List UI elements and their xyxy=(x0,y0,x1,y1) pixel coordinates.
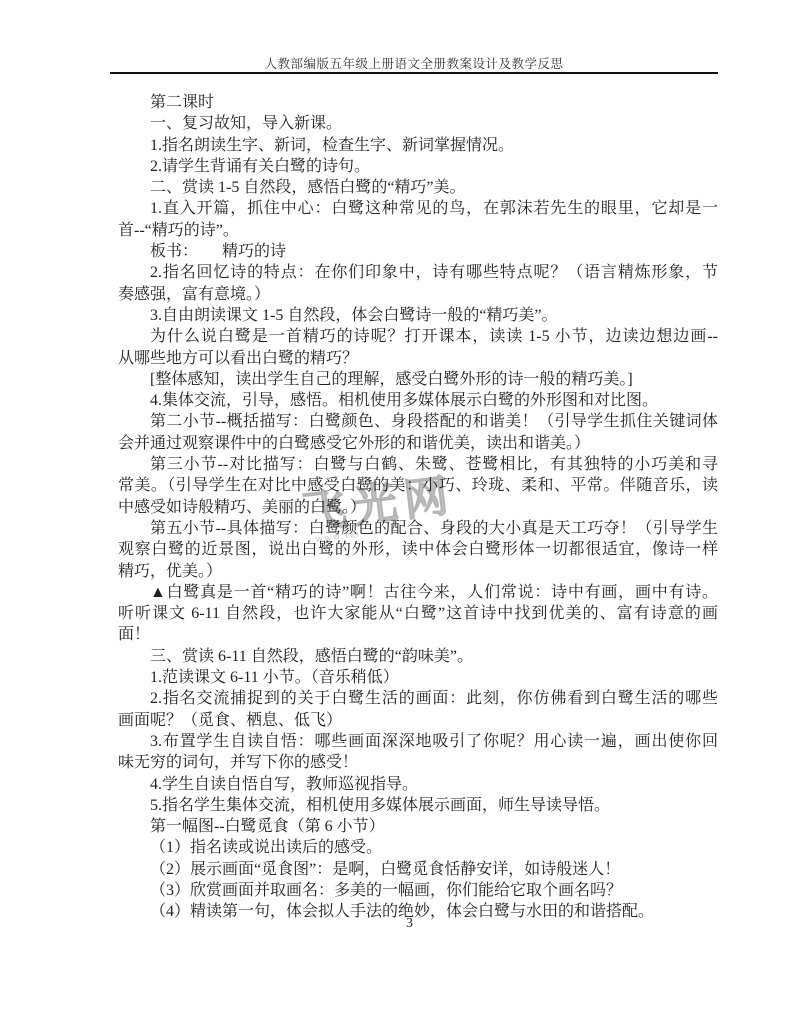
document-page: 人教部编版五年级上册语文全册教案设计及教学反思 飞光网 www.fei 第二课时… xyxy=(0,0,793,1020)
text-line: （2）展示画面“觅食图”：是啊，白鹭觅食恬静安详，如诗般迷人！ xyxy=(118,859,718,880)
text-line: 2.指名交流捕捉到的关于白鹭生活的画面：此刻，你仿佛看到白鹭生活的哪些 xyxy=(118,688,718,709)
text-line: 二、赏读 1-5 自然段，感悟白鹭的“精巧”美。 xyxy=(118,177,718,198)
text-line: 一、复习故知，导入新课。 xyxy=(118,113,718,134)
text-line: 听听课文 6-11 自然段，也许大家能从“白鹭”这首诗中找到优美的、富有诗意的画 xyxy=(118,603,718,624)
page-header: 人教部编版五年级上册语文全册教案设计及教学反思 xyxy=(110,54,718,72)
text-line: 精巧，优美。） xyxy=(118,561,718,582)
text-line: 5.指名学生集体交流，相机使用多媒体展示画面，师生导读导悟。 xyxy=(118,795,718,816)
text-line: （1）指名读或说出读后的感受。 xyxy=(118,837,718,858)
text-line: 面！ xyxy=(118,624,718,645)
text-line: 4.集体交流，引导，感悟。相机使用多媒体展示白鹭的外形图和对比图。 xyxy=(118,390,718,411)
header-divider xyxy=(110,72,718,74)
text-line: 三、赏读 6-11 自然段，感悟白鹭的“韵味美”。 xyxy=(118,646,718,667)
text-line: 观察白鹭的近景图，说出白鹭的外形，读中体会白鹭形体一切都很适宜，像诗一样 xyxy=(118,539,718,560)
text-line: 第三小节--对比描写：白鹭与白鹤、朱鹭、苍鹭相比，有其独特的小巧美和寻 xyxy=(118,454,718,475)
text-line: 首--“精巧的诗”。 xyxy=(118,220,718,241)
text-line: 2.请学生背诵有关白鹭的诗句。 xyxy=(118,156,718,177)
text-line: 中感受如诗般精巧、美丽的白鹭。） xyxy=(118,497,718,518)
page-number: 3 xyxy=(406,916,413,932)
text-line: （3）欣赏画面并取画名：多美的一幅画，你们能给它取个画名吗？ xyxy=(118,880,718,901)
text-line: 第一幅图--白鹭觅食（第 6 小节） xyxy=(118,816,718,837)
text-line: 常美。（引导学生在对比中感受白鹭的美：小巧、玲珑、柔和、平常。伴随音乐，读 xyxy=(118,475,718,496)
text-line: 第五小节--具体描写：白鹭颜色的配合、身段的大小真是天工巧夺！（引导学生 xyxy=(118,518,718,539)
text-line: ▲白鹭真是一首“精巧的诗”啊！古往今来，人们常说：诗中有画，画中有诗。 xyxy=(118,582,718,603)
text-line: 画面呢？（觅食、栖息、低飞） xyxy=(118,710,718,731)
text-line: 3.布置学生自读自悟：哪些画面深深地吸引了你呢？用心读一遍，画出使你回 xyxy=(118,731,718,752)
text-line: 第二课时 xyxy=(118,92,718,113)
text-line: 从哪些地方可以看出白鹭的精巧？ xyxy=(118,348,718,369)
text-line: 第二小节--概括描写：白鹭颜色、身段搭配的和谐美！（引导学生抓住关键词体 xyxy=(118,411,718,432)
text-line: 3.自由朗读课文 1-5 自然段，体会白鹭诗一般的“精巧美”。 xyxy=(118,305,718,326)
text-line: 1.指名朗读生字、新词，检查生字、新词掌握情况。 xyxy=(118,135,718,156)
text-line: 会并通过观察课件中的白鹭感受它外形的和谐优美，读出和谐美。） xyxy=(118,433,718,454)
text-line: 1.范读课文 6-11 小节。（音乐稍低） xyxy=(118,667,718,688)
header-title: 人教部编版五年级上册语文全册教案设计及教学反思 xyxy=(264,57,563,71)
text-line: 奏感强，富有意境。） xyxy=(118,284,718,305)
document-body: 第二课时一、复习故知，导入新课。1.指名朗读生字、新词，检查生字、新词掌握情况。… xyxy=(118,92,718,923)
text-line: 2.指名回忆诗的特点：在你们印象中，诗有哪些特点呢？（语言精炼形象，节 xyxy=(118,262,718,283)
text-line: 味无穷的词句，并写下你的感受！ xyxy=(118,752,718,773)
text-line: 1.直入开篇，抓住中心：白鹭这种常见的鸟，在郭沫若先生的眼里，它却是一 xyxy=(118,198,718,219)
text-line: 板书： 精巧的诗 xyxy=(118,241,718,262)
text-line: 4.学生自读自悟自写，教师巡视指导。 xyxy=(118,774,718,795)
text-line: 为什么说白鹭是一首精巧的诗呢？打开课本，读读 1-5 小节，边读边想边画-- xyxy=(118,326,718,347)
text-line: [整体感知，读出学生自己的理解，感受白鹭外形的诗一般的精巧美。] xyxy=(118,369,718,390)
page-number-row: 3 xyxy=(0,916,793,932)
